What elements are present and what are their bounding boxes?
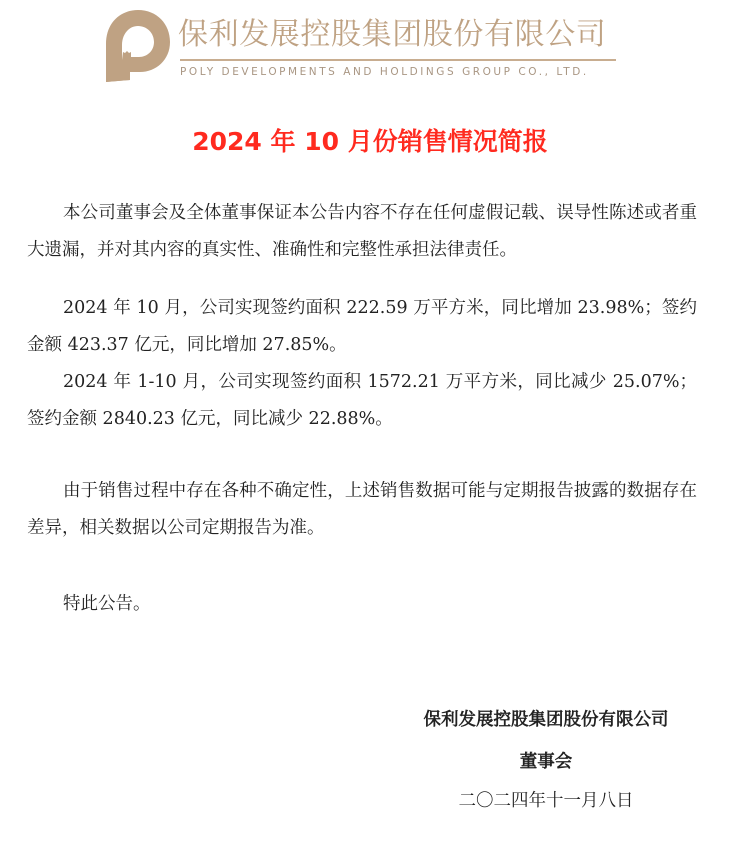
poly-p-logo-icon xyxy=(100,8,172,82)
signature-board: 董事会 xyxy=(405,750,687,774)
signature-date: 二〇二四年十一月八日 xyxy=(405,789,687,813)
company-name-cn: 保利发展控股集团股份有限公司 xyxy=(178,18,606,52)
uncertainty-note-paragraph: 由于销售过程中存在各种不确定性，上述销售数据可能与定期报告披露的数据存在差异，相… xyxy=(27,473,697,547)
october-sales-paragraph: 2024 年 10 月，公司实现签约面积 222.59 万平方米，同比增加 23… xyxy=(27,290,697,364)
company-name-en: POLY DEVELOPMENTS AND HOLDINGS GROUP CO.… xyxy=(180,65,589,79)
signature-company: 保利发展控股集团股份有限公司 xyxy=(405,708,687,732)
ytd-sales-paragraph: 2024 年 1-10 月，公司实现签约面积 1572.21 万平方米，同比减少… xyxy=(27,364,697,438)
document-title: 2024 年 10 月份销售情况简报 xyxy=(0,124,740,160)
company-logo: 保利发展控股集团股份有限公司 POLY DEVELOPMENTS AND HOL… xyxy=(100,8,620,84)
disclaimer-paragraph: 本公司董事会及全体董事保证本公告内容不存在任何虚假记载、误导性陈述或者重大遗漏，… xyxy=(27,195,697,269)
logo-divider xyxy=(180,59,616,61)
closing-paragraph: 特此公告。 xyxy=(27,586,697,623)
